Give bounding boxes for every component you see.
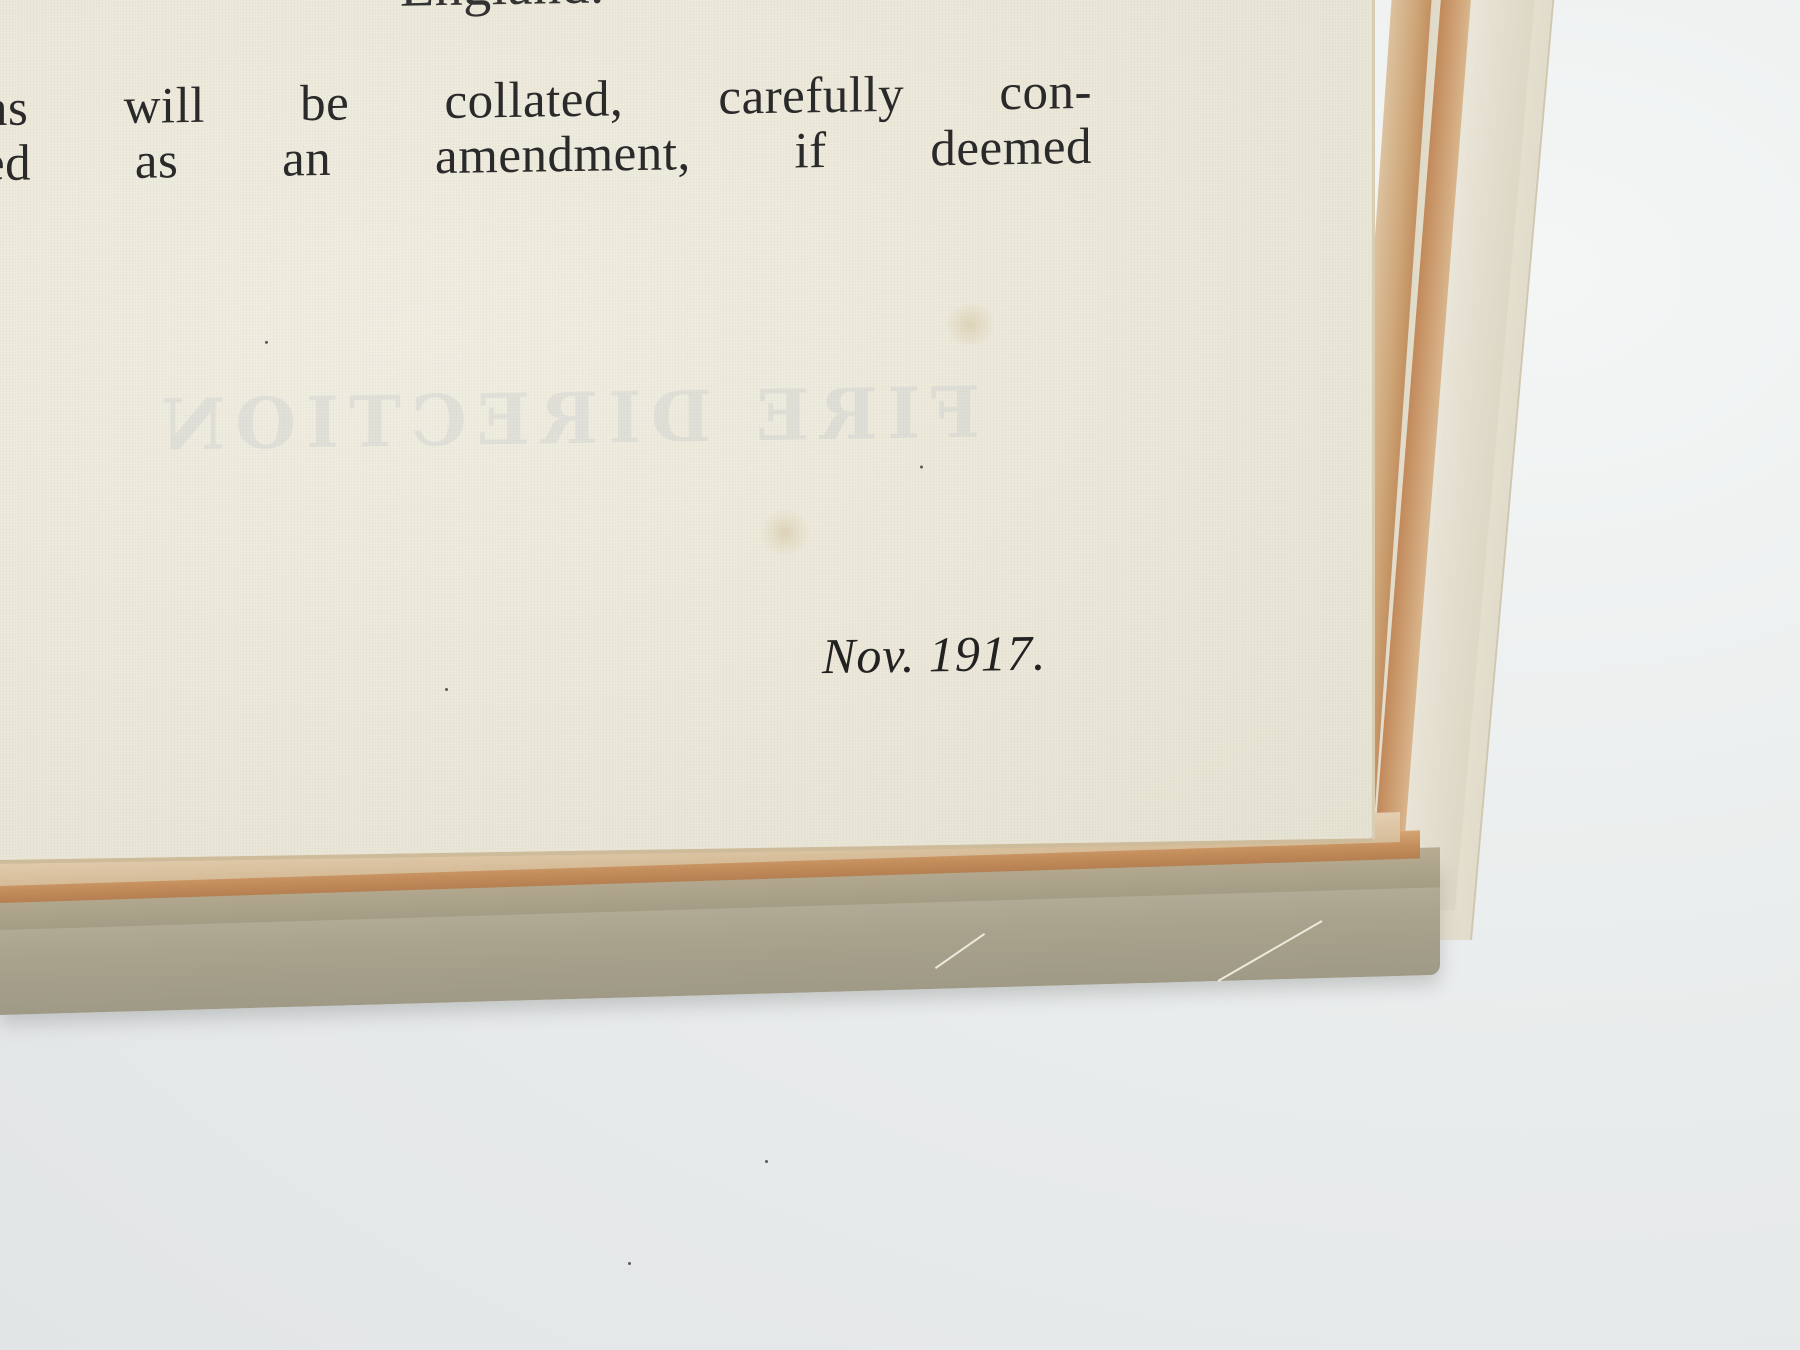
foxing-spot — [940, 304, 1000, 345]
surface-speck — [628, 1262, 631, 1265]
surface-speck — [765, 1160, 768, 1163]
paper-speck — [445, 688, 448, 691]
partial-heading: England. — [400, 0, 700, 20]
document-page: England. ns will be collated, carefully … — [0, 0, 1375, 864]
show-through-text: FIRE DIRECTION — [70, 371, 980, 468]
paper-speck — [265, 341, 268, 344]
paper-speck — [920, 466, 923, 469]
date-stamp: Nov. 1917. — [822, 624, 1046, 686]
foxing-spot — [760, 507, 810, 558]
